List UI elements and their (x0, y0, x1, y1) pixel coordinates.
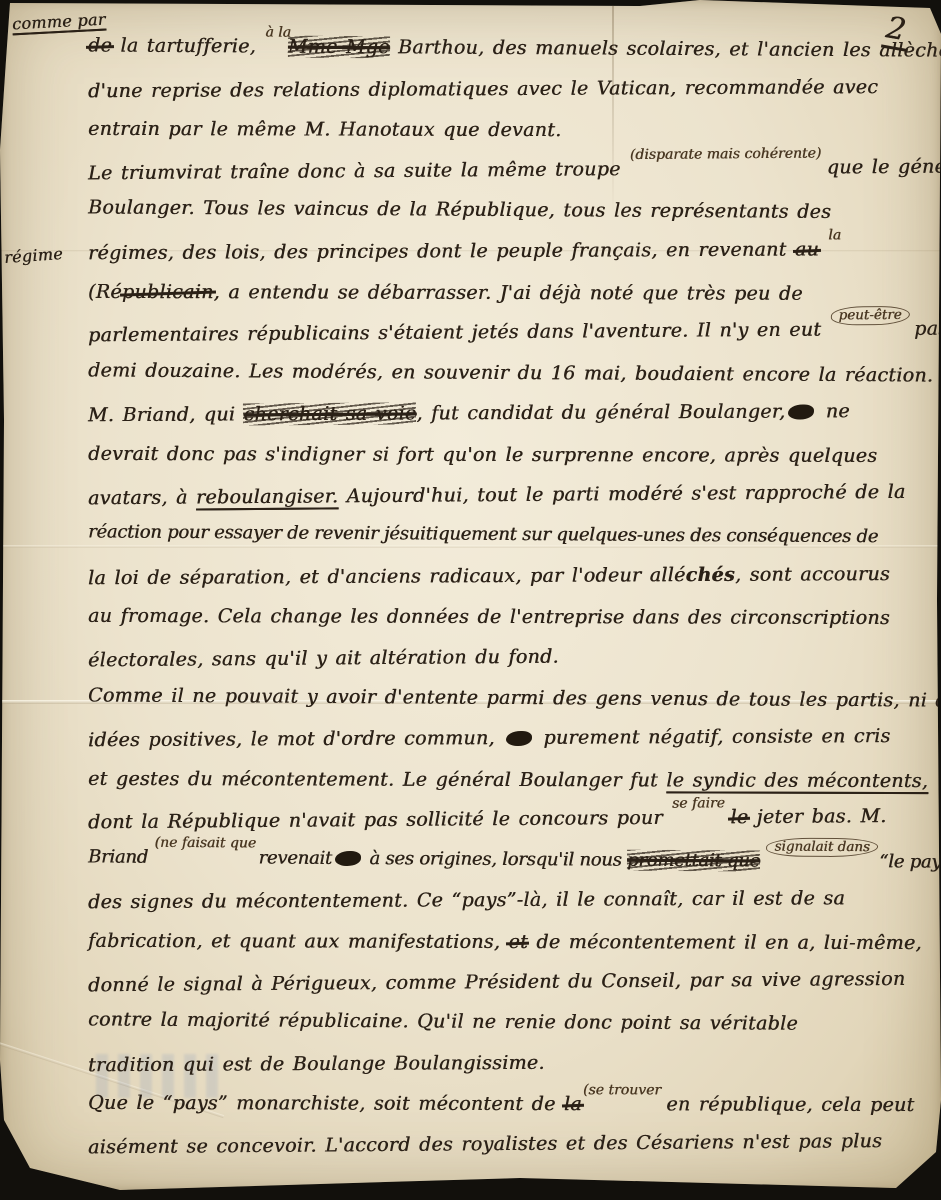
manuscript-line: contre la majorité républicaine. Qu'il n… (88, 1000, 936, 1046)
manuscript-line: aisément se concevoir. L'accord des roya… (88, 1121, 936, 1168)
inserted-text: à la (265, 25, 291, 39)
manuscript-line: demi douzaine. Les modérés, en souvenir … (88, 350, 936, 396)
manuscript-line: de la tartufferie, à laMme Mge Barthou, … (88, 25, 936, 71)
ink-blot (788, 405, 814, 420)
manuscript-line: devrait donc pas s'indigner si fort qu'o… (88, 434, 936, 477)
inserted-text: signalait dans (766, 837, 877, 857)
margin-note-regime: régime (3, 244, 63, 267)
handwriting-text: Boulanger. Tous les vaincus de la Républ… (88, 197, 831, 224)
manuscript-line: d'une reprise des relations diplomatique… (88, 66, 936, 111)
handwriting-text: réaction pour essayer de revenir jésuiti… (88, 522, 878, 548)
struck-text: cherchait sa voie (243, 403, 416, 426)
handwriting-text: aisément se concevoir. L'accord des roya… (88, 1130, 882, 1158)
manuscript-line: des signes du mécontentement. Ce “pays”-… (88, 878, 936, 923)
manuscript-line: Briand (ne faisait que revenait à ses or… (88, 837, 936, 883)
handwriting-text: parlementaires républicains s'étaient je… (88, 319, 830, 347)
handwriting-text: la tartufferie, (112, 35, 264, 58)
handwriting-text: jeter bas. M. (748, 805, 886, 828)
handwriting-text: Le triumvirat traîne donc à sa suite la … (88, 158, 629, 184)
handwriting-text: d'une reprise des relations diplomatique… (88, 76, 878, 102)
manuscript-line: Le triumvirat traîne donc à sa suite la … (88, 146, 936, 193)
manuscript-line: Que le “pays” monarchiste, soit méconten… (88, 1083, 936, 1126)
manuscript-line: régimes, des lois, des principes dont le… (88, 229, 936, 274)
handwriting-text: demi douzaine. Les modérés, en souvenir … (88, 359, 933, 386)
manuscript-line: et gestes du mécontentement. Le général … (88, 759, 936, 802)
handwriting-text: contre la majorité républicaine. Qu'il n… (88, 1009, 798, 1035)
struck-text: la (564, 1094, 582, 1116)
manuscript-line: idées positives, le mot d'ordre commun, … (88, 716, 936, 761)
handwriting-text: avatars, à (88, 486, 196, 509)
handwriting-text: régimes, des lois, des principes dont le… (88, 238, 795, 264)
handwriting-text: M. Briand, qui (88, 404, 244, 427)
handwriting-text: idées positives, le mot d'ordre commun, (88, 727, 503, 751)
manuscript-paper: comme par régime 2 de la tartufferie, à … (0, 0, 941, 1190)
handwriting-text: et gestes du mécontentement. Le général … (88, 768, 666, 792)
ink-blot (506, 731, 532, 746)
handwriting-text: la loi de séparation, et d'anciens radic… (88, 564, 686, 589)
handwriting-text: des signes du mécontentement. Ce “pays”-… (88, 888, 845, 914)
handwriting-text: Comme il ne pouvait y avoir d'entente pa… (88, 684, 941, 711)
struck-text: publicain (122, 281, 214, 303)
handwriting-text: fabrication, et quant aux manifestations… (88, 930, 509, 953)
struck-text: promettait que (627, 850, 760, 872)
struck-text: de (88, 34, 112, 56)
manuscript-line: Comme il ne pouvait y avoir d'entente pa… (88, 675, 936, 721)
handwriting-text: , a entendu se débarrasser. J'ai déjà no… (214, 281, 803, 305)
struck-text: et (508, 931, 528, 953)
underlined-text: le syndic des mécontents, (666, 769, 928, 792)
handwriting-text: électorales, sans qu'il y ait altération… (88, 646, 559, 672)
handwriting-text: donné le signal à Périgueux, comme Prési… (88, 968, 905, 996)
manuscript-line: donné le signal à Périgueux, comme Prési… (88, 958, 936, 1005)
manuscript-line: Boulanger. Tous les vaincus de la Républ… (88, 188, 936, 234)
inserted-text: peut-être (830, 306, 909, 326)
handwriting-text: ne (817, 401, 850, 423)
handwriting-text: tradition qui est de Boulange Boulangiss… (88, 1052, 545, 1076)
handwriting-text: entrain par le même M. Hanotaux que deva… (88, 118, 561, 141)
manuscript-line: avatars, à reboulangiser. Aujourd'hui, t… (88, 471, 936, 518)
manuscript-line: M. Briand, qui cherchait sa voie, fut ca… (88, 391, 936, 436)
inserted-text: la (828, 228, 841, 242)
handwriting-text (760, 850, 766, 871)
handwriting-text: Aujourd'hui, tout le parti modéré s'est … (338, 480, 905, 506)
manuscript-line: tradition qui est de Boulange Boulangiss… (88, 1041, 936, 1086)
manuscript-lines: de la tartufferie, à laMme Mge Barthou, … (88, 28, 936, 1165)
handwriting-text: devrait donc pas s'indigner si fort qu'o… (88, 443, 877, 467)
handwriting-text: revenait (253, 847, 332, 868)
handwriting-text: de mécontentement il en a, lui-même, (528, 931, 922, 954)
manuscript-line: la loi de séparation, et d'anciens radic… (88, 553, 936, 598)
photographed-manuscript: comme par régime 2 de la tartufferie, à … (0, 0, 941, 1200)
handwriting-text: en république, cela peut (658, 1094, 914, 1117)
ink-blot (335, 851, 361, 866)
manuscript-line: au fromage. Cela change les données de l… (88, 596, 936, 639)
handwriting-text: à ses origines, lorsqu'il nous (364, 848, 627, 871)
handwriting-text: pas une (906, 317, 941, 340)
inserted-text: (disparate mais cohérente) (630, 146, 822, 162)
struck-text: au (795, 238, 819, 260)
struck-text: le (730, 806, 748, 828)
handwriting-text: , fut candidat du général Boulanger, (416, 401, 785, 425)
handwriting-text: , sont accourus (735, 563, 890, 586)
manuscript-line: réaction pour essayer de revenir jésuiti… (88, 513, 936, 559)
struck-text: Mme Mge (288, 36, 390, 59)
inserted-text: se faire (672, 797, 725, 811)
handwriting-text: Que le “pays” monarchiste, soit méconten… (88, 1092, 564, 1115)
handwriting-text: chés (685, 564, 734, 586)
handwriting-text: Barthou, des manuels scolaires, et l'anc… (390, 36, 941, 61)
handwriting-text: (Ré (88, 280, 122, 302)
handwriting-text: “le pays” (874, 851, 941, 873)
manuscript-line: fabrication, et quant aux manifestations… (88, 921, 936, 964)
underlined-text: reboulangiser. (196, 485, 338, 508)
manuscript-line: parlementaires républicains s'étaient je… (88, 309, 936, 356)
manuscript-line: électorales, sans qu'il y ait altération… (88, 634, 936, 681)
handwriting-text: que le général (818, 155, 941, 178)
inserted-text: (ne faisait que (154, 836, 256, 851)
manuscript-line: (Républicain, a entendu se débarrasser. … (88, 271, 936, 314)
inserted-text: (se trouver (583, 1084, 661, 1098)
handwriting-text: purement négatif, consiste en cris (535, 725, 891, 749)
handwriting-text: dont la République n'avait pas sollicité… (88, 807, 671, 834)
handwriting-text: au fromage. Cela change les données de l… (88, 605, 890, 629)
handwriting-text: Briand (88, 846, 154, 867)
